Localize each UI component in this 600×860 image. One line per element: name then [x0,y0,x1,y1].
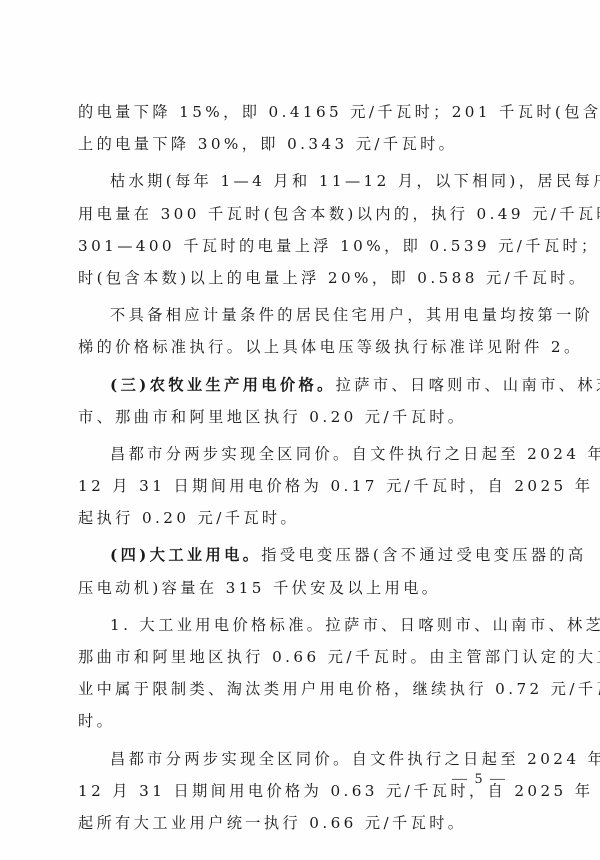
paragraph-industry-standard: 1. 大工业用电价格标准。拉萨市、日喀则市、山南市、林芝市、 那曲市和阿里地区执… [78,609,526,738]
paragraph-qamdo-agri: 昌都市分两步实现全区同价。自文件执行之日起至 2024 年 12 月 31 日期… [78,438,526,535]
text-line: 时(包含本数)以上的电量上浮 20%，即 0.588 元/千瓦时。 [78,262,526,294]
text-line: 枯水期(每年 1—4 月和 11—12 月，以下相同)，居民每户每月 [78,165,526,197]
text-run: 拉萨市、日喀则市、山南市、林芝 [336,376,600,394]
paragraph-dry-season: 枯水期(每年 1—4 月和 11—12 月，以下相同)，居民每户每月 用电量在 … [78,165,526,294]
paragraph-no-metering: 不具备相应计量条件的居民住宅用户，其用电量均按第一阶 梯的价格标准执行。以上具体… [78,299,526,363]
body-text: 的电量下降 15%，即 0.4165 元/千瓦时；201 千瓦时(包含本数)以 … [78,96,526,839]
text-line: 昌都市分两步实现全区同价。自文件执行之日起至 2024 年 [78,438,526,470]
text-line: 的电量下降 15%，即 0.4165 元/千瓦时；201 千瓦时(包含本数)以 [78,96,526,128]
text-line: 上的电量下降 30%，即 0.343 元/千瓦时。 [78,128,526,160]
paragraph-tier3-continuation: 的电量下降 15%，即 0.4165 元/千瓦时；201 千瓦时(包含本数)以 … [78,96,526,160]
document-page: 的电量下降 15%，即 0.4165 元/千瓦时；201 千瓦时(包含本数)以 … [0,0,600,860]
section-heading: (四)大工业用电。 [110,546,261,564]
text-line: 压电动机)容量在 315 千伏安及以上用电。 [78,572,526,604]
paragraph-qamdo-industry: 昌都市分两步实现全区同价。自文件执行之日起至 2024 年 12 月 31 日期… [78,743,526,840]
text-line: 市、那曲市和阿里地区执行 0.20 元/千瓦时。 [78,401,526,433]
text-line: 1. 大工业用电价格标准。拉萨市、日喀则市、山南市、林芝市、 [78,609,526,641]
text-line: 用电量在 300 千瓦时(包含本数)以内的，执行 0.49 元/千瓦时； [78,198,526,230]
text-run: 指受电变压器(含不通过受电变压器的高 [261,546,586,564]
text-line: 不具备相应计量条件的居民住宅用户，其用电量均按第一阶 [78,299,526,331]
text-line: (三)农牧业生产用电价格。拉萨市、日喀则市、山南市、林芝 [78,369,526,401]
text-line: 301—400 千瓦时的电量上浮 10%，即 0.539 元/千瓦时；401 千… [78,230,526,262]
text-line: (四)大工业用电。指受电变压器(含不通过受电变压器的高 [78,539,526,571]
text-line: 时。 [78,705,526,737]
text-line: 12 月 31 日期间用电价格为 0.17 元/千瓦时，自 2025 年 1 月… [78,470,526,502]
text-line: 起执行 0.20 元/千瓦时。 [78,502,526,534]
paragraph-section-4: (四)大工业用电。指受电变压器(含不通过受电变压器的高 压电动机)容量在 315… [78,539,526,603]
text-line: 那曲市和阿里地区执行 0.66 元/千瓦时。由主管部门认定的大工 [78,641,526,673]
paragraph-section-3: (三)农牧业生产用电价格。拉萨市、日喀则市、山南市、林芝 市、那曲市和阿里地区执… [78,369,526,433]
text-line: 业中属于限制类、淘汰类用户用电价格，继续执行 0.72 元/千瓦 [78,673,526,705]
text-line: 梯的价格标准执行。以上具体电压等级执行标准详见附件 2。 [78,331,526,363]
page-number: — 5 — [452,768,522,790]
section-heading: (三)农牧业生产用电价格。 [110,376,336,394]
text-line: 起所有大工业用户统一执行 0.66 元/千瓦时。 [78,807,526,839]
